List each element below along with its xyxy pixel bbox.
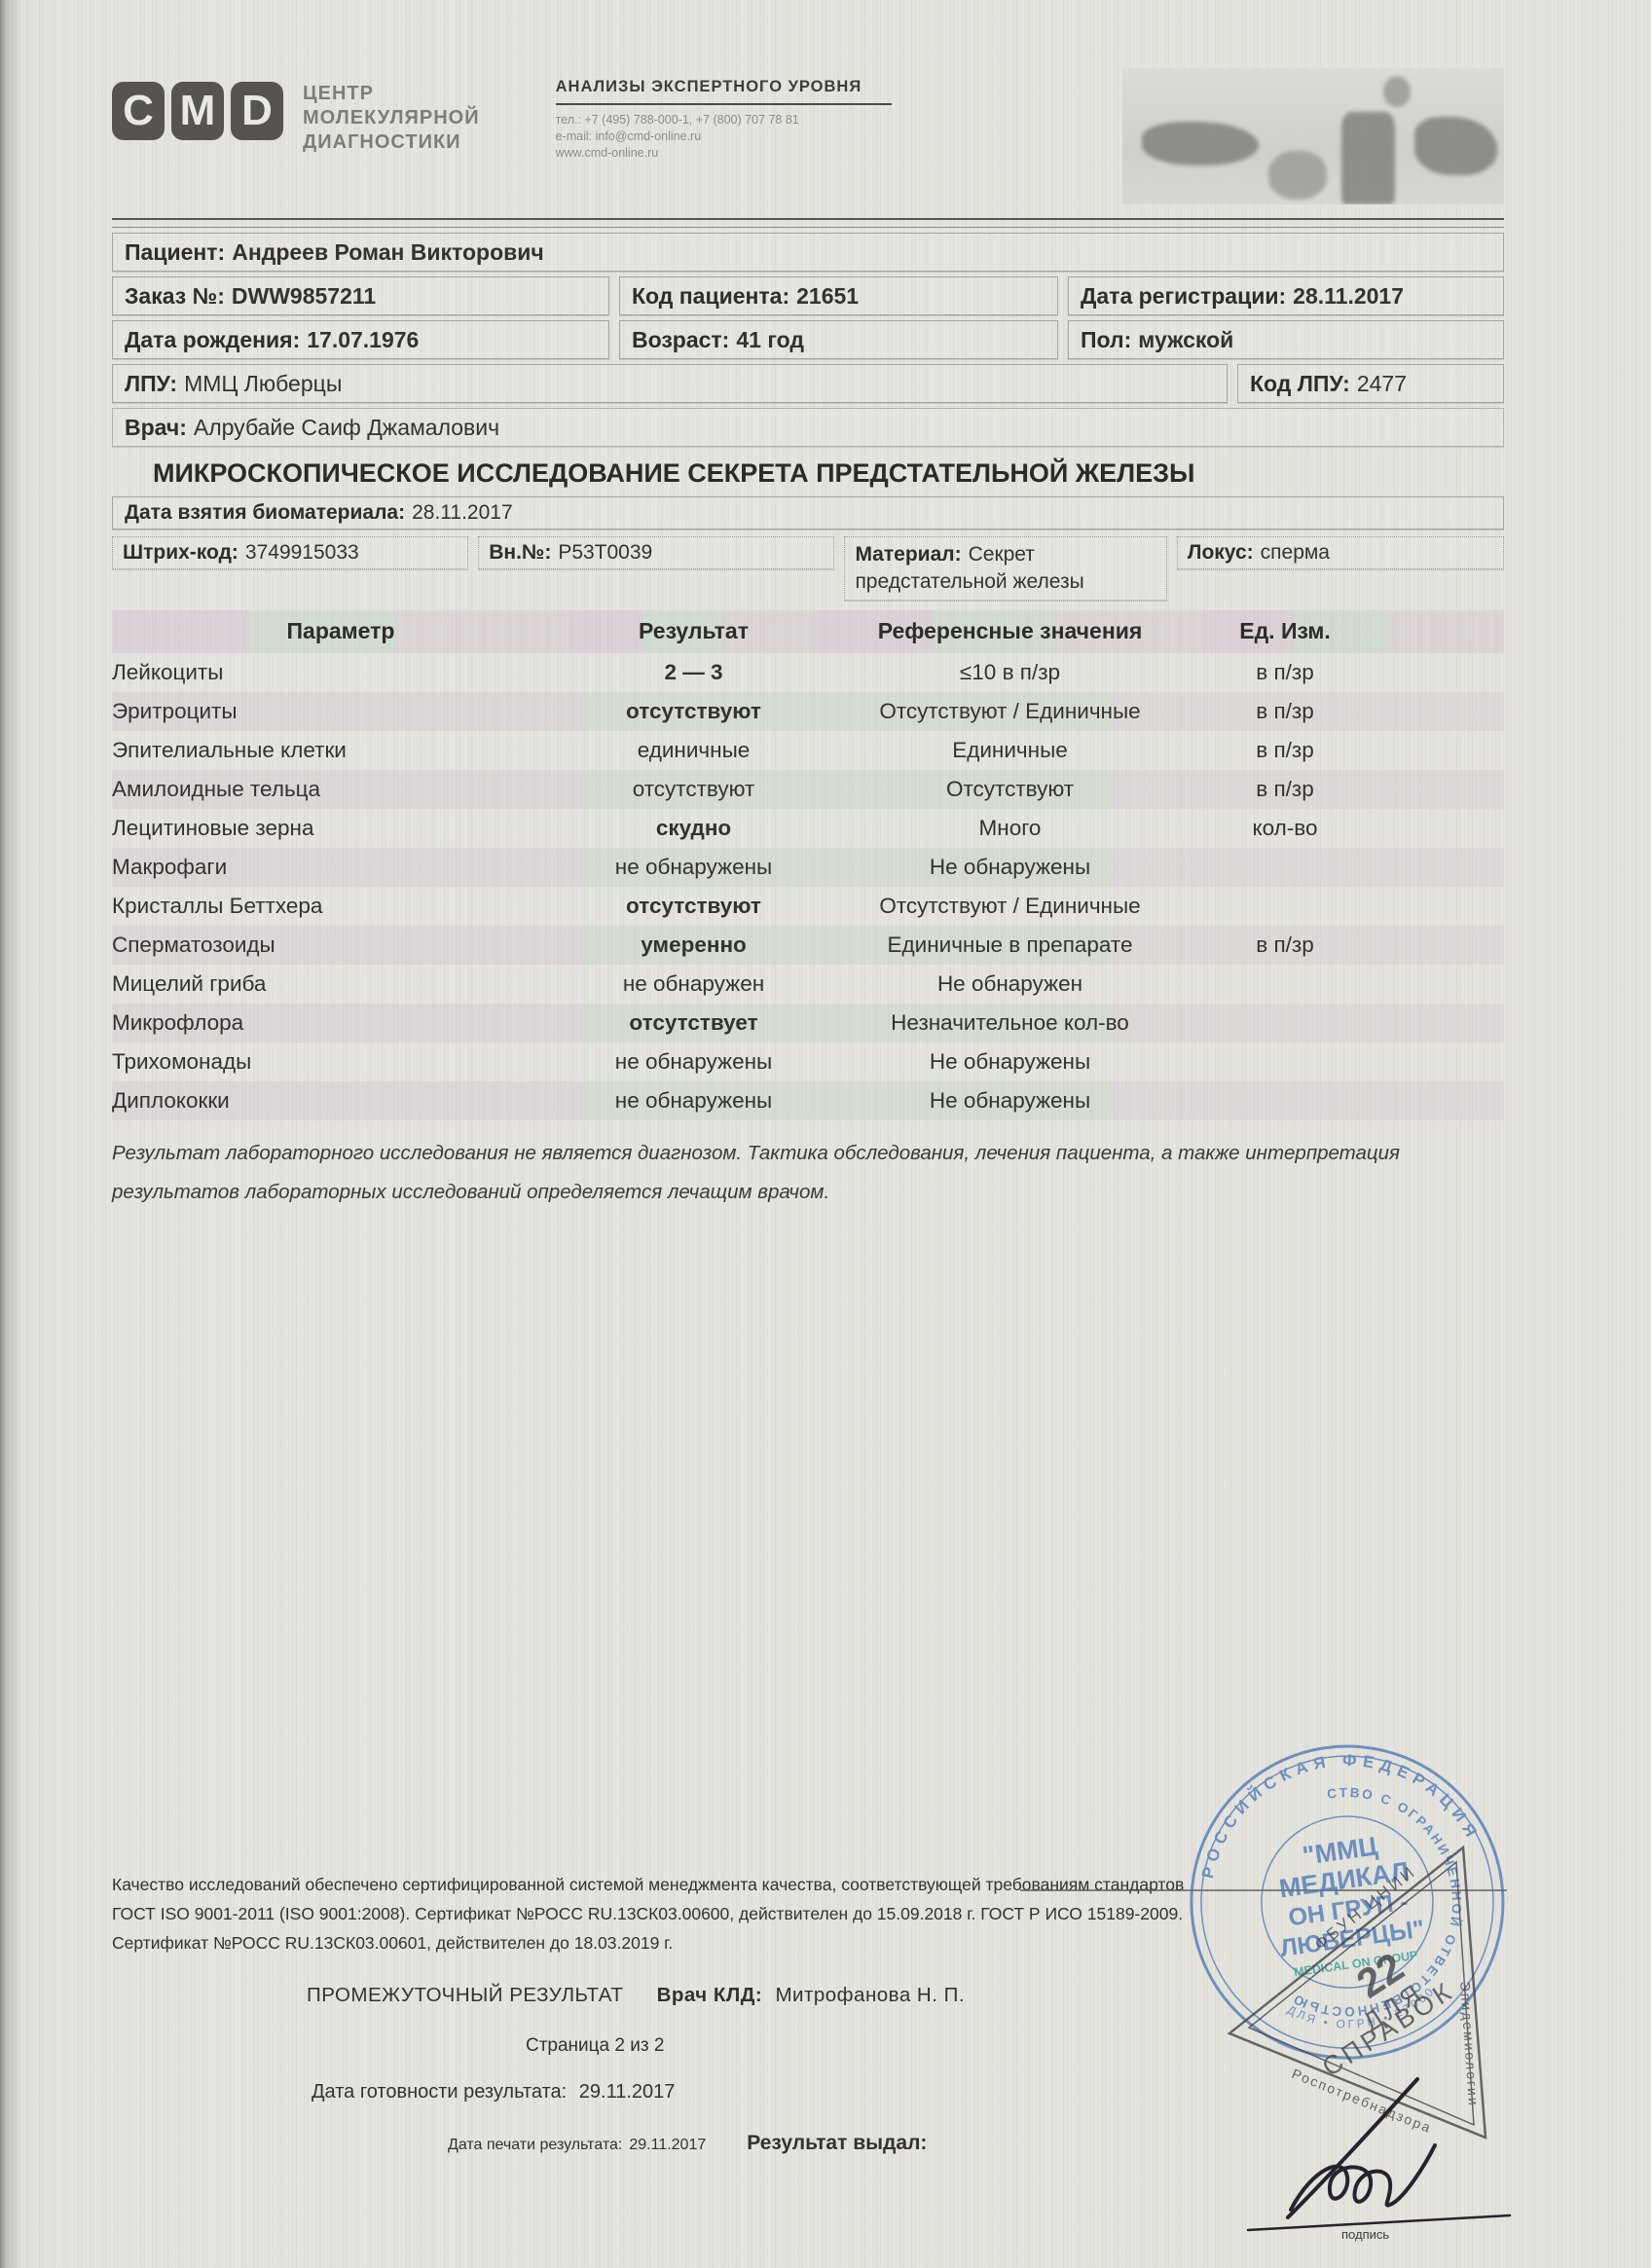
header-result: Результат <box>569 610 818 653</box>
results-header-row: Параметр Результат Референсные значения … <box>112 610 1504 653</box>
material-label: Материал: <box>855 543 961 566</box>
brand-line: ЦЕНТР <box>303 82 480 106</box>
phone: тел.: +7 (495) 788-000-1, +7 (800) 707 7… <box>556 112 892 128</box>
barcode-value: 3749915033 <box>245 541 359 564</box>
kld-doctor-name: Митрофанова Н. П. <box>775 1984 965 2006</box>
table-row: Трихомонадыне обнаруженыНе обнаружены <box>112 1043 1504 1081</box>
result-cell: 2 — 3 <box>569 653 818 692</box>
sex-box: Пол:мужской <box>1068 320 1504 359</box>
reg-date-value: 28.11.2017 <box>1293 283 1404 309</box>
param-cell: Микрофлора <box>112 1004 569 1043</box>
table-row: Амилоидные тельцаотсутствуютОтсутствуютв… <box>112 770 1504 809</box>
lpu-code-box: Код ЛПУ:2477 <box>1237 364 1504 403</box>
inner-no-value: P53T0039 <box>558 541 652 564</box>
locus-label: Локус: <box>1188 541 1254 564</box>
result-cell: единичные <box>569 731 818 770</box>
order-label: Заказ №: <box>125 283 225 309</box>
disclaimer-text: Результат лабораторного исследования не … <box>112 1134 1407 1212</box>
signature <box>1234 2071 1526 2251</box>
bio-date-label: Дата взятия биоматериала: <box>125 501 405 524</box>
unit-cell <box>1202 848 1504 887</box>
age-box: Возраст:41 год <box>619 320 1058 359</box>
bio-date-box: Дата взятия биоматериала:28.11.2017 <box>112 496 1504 530</box>
reg-date-box: Дата регистрации:28.11.2017 <box>1068 276 1504 315</box>
report-header: C M D ЦЕНТР МОЛЕКУЛЯРНОЙ ДИАГНОСТИКИ АНА… <box>112 0 1504 212</box>
header-ref: Референсные значения <box>818 610 1202 653</box>
signature-stroke <box>1288 2079 1417 2217</box>
param-cell: Лецитиновые зерна <box>112 809 569 848</box>
patient-row-order: Заказ №:DWW9857211 Код пациента:21651 Да… <box>112 276 1504 315</box>
lpu-code-label: Код ЛПУ: <box>1250 371 1350 396</box>
interim-result-label: ПРОМЕЖУТОЧНЫЙ РЕЗУЛЬТАТ <box>307 1984 623 2006</box>
unit-cell: в п/зр <box>1202 731 1504 770</box>
param-cell: Кристаллы Беттхера <box>112 887 569 926</box>
ready-date-value: 29.11.2017 <box>579 2081 676 2103</box>
specimen-row: Штрих-код:3749915033 Вн.№:P53T0039 Матер… <box>112 536 1504 601</box>
param-cell: Диплококки <box>112 1081 569 1120</box>
table-row: Лецитиновые зернаскудноМногокол-во <box>112 809 1504 848</box>
scanned-lab-report-page: { "header": { "logo_letters": ["C", "M",… <box>0 0 1651 2268</box>
order-box: Заказ №:DWW9857211 <box>112 276 609 315</box>
patient-row-birth: Дата рождения:17.07.1976 Возраст:41 год … <box>112 320 1504 359</box>
reference-cell: Отсутствуют / Единичные <box>818 887 1202 926</box>
reference-cell: Единичные в препарате <box>818 926 1202 965</box>
reference-cell: Незначительное кол-во <box>818 1004 1202 1043</box>
header-unit: Ед. Изм. <box>1202 610 1504 653</box>
birth-label: Дата рождения: <box>125 327 300 352</box>
header-divider <box>112 218 1504 228</box>
lpu-box: ЛПУ:ММЦ Люберцы <box>112 364 1228 403</box>
result-cell: скудно <box>569 809 818 848</box>
reference-cell: Отсутствуют / Единичные <box>818 692 1202 731</box>
locus-box: Локус:сперма <box>1177 536 1504 569</box>
reference-cell: Отсутствуют <box>818 770 1202 809</box>
barcode-box: Штрих-код:3749915033 <box>112 536 468 569</box>
table-row: Лейкоциты2 — 3≤10 в п/зрв п/зр <box>112 653 1504 692</box>
patient-row-lpu: ЛПУ:ММЦ Люберцы Код ЛПУ:2477 <box>112 364 1504 403</box>
table-row: Мицелий грибане обнаруженНе обнаружен <box>112 965 1504 1004</box>
param-cell: Лейкоциты <box>112 653 569 692</box>
slogan: АНАЛИЗЫ ЭКСПЕРТНОГО УРОВНЯ <box>556 78 892 105</box>
logo-letter-d: D <box>231 82 283 140</box>
result-cell: умеренно <box>569 926 818 965</box>
result-issued-label: Результат выдал: <box>747 2132 927 2155</box>
barcode-label: Штрих-код: <box>123 541 238 564</box>
patient-name-box: Пациент:Андреев Роман Викторович <box>112 233 1504 272</box>
patient-code-label: Код пациента: <box>632 283 789 309</box>
doctor-value: Алрубайе Саиф Джамалович <box>194 415 499 440</box>
lpu-value: ММЦ Люберцы <box>184 371 342 396</box>
unit-cell: в п/зр <box>1202 653 1504 692</box>
unit-cell: в п/зр <box>1202 926 1504 965</box>
signature-caption: подпись <box>1341 2227 1389 2242</box>
slogan-block: АНАЛИЗЫ ЭКСПЕРТНОГО УРОВНЯ тел.: +7 (495… <box>556 78 892 162</box>
header-param: Параметр <box>112 610 569 653</box>
doctor-label: Врач: <box>125 415 187 440</box>
order-value: DWW9857211 <box>232 283 376 309</box>
reference-cell: Не обнаружены <box>818 848 1202 887</box>
ready-date-label: Дата готовности результата: <box>312 2081 567 2103</box>
table-row: Диплококкине обнаруженыНе обнаружены <box>112 1081 1504 1120</box>
unit-cell: кол-во <box>1202 809 1504 848</box>
result-cell: не обнаружен <box>569 965 818 1004</box>
table-row: Эпителиальные клеткиединичныеЕдиничныев … <box>112 731 1504 770</box>
results-table: Параметр Результат Референсные значения … <box>112 610 1504 1120</box>
reference-cell: Единичные <box>818 731 1202 770</box>
param-cell: Трихомонады <box>112 1043 569 1081</box>
unit-cell <box>1202 1004 1504 1043</box>
birth-value: 17.07.1976 <box>307 327 419 352</box>
inner-no-label: Вн.№: <box>489 541 551 564</box>
unit-cell <box>1202 1081 1504 1120</box>
email: e-mail: info@cmd-online.ru <box>556 128 892 145</box>
logo-letter-c: C <box>112 82 165 140</box>
lpu-code-value: 2477 <box>1357 371 1407 396</box>
param-cell: Эпителиальные клетки <box>112 731 569 770</box>
table-row: СперматозоидыумеренноЕдиничные в препара… <box>112 926 1504 965</box>
brand-name: ЦЕНТР МОЛЕКУЛЯРНОЙ ДИАГНОСТИКИ <box>303 82 480 155</box>
report-title: МИКРОСКОПИЧЕСКОЕ ИССЛЕДОВАНИЕ СЕКРЕТА ПР… <box>153 458 1504 489</box>
param-cell: Эритроциты <box>112 692 569 731</box>
kld-doctor-label: Врач КЛД: <box>657 1984 763 2006</box>
header-photo <box>1122 68 1504 204</box>
unit-cell: в п/зр <box>1202 692 1504 731</box>
age-value: 41 год <box>736 327 804 352</box>
doctor-box: Врач:Алрубайе Саиф Джамалович <box>112 408 1504 447</box>
patient-value: Андреев Роман Викторович <box>232 239 544 265</box>
sex-label: Пол: <box>1081 327 1131 352</box>
unit-cell: в п/зр <box>1202 770 1504 809</box>
reference-cell: ≤10 в п/зр <box>818 653 1202 692</box>
patient-code-value: 21651 <box>796 283 859 309</box>
reference-cell: Не обнаружен <box>818 965 1202 1004</box>
result-cell: не обнаружены <box>569 848 818 887</box>
inner-no-box: Вн.№:P53T0039 <box>478 536 834 569</box>
unit-cell <box>1202 1043 1504 1081</box>
result-cell: отсутствуют <box>569 887 818 926</box>
result-cell: не обнаружены <box>569 1043 818 1081</box>
results-table-body: Лейкоциты2 — 3≤10 в п/зрв п/зрЭритроциты… <box>112 653 1504 1120</box>
patient-row-doctor: Врач:Алрубайе Саиф Джамалович <box>112 408 1504 447</box>
reference-cell: Много <box>818 809 1202 848</box>
table-row: МикрофлораотсутствуетНезначительное кол-… <box>112 1004 1504 1043</box>
brand-line: ДИАГНОСТИКИ <box>303 130 480 155</box>
patient-row-name: Пациент:Андреев Роман Викторович <box>112 233 1504 272</box>
reference-cell: Не обнаружены <box>818 1043 1202 1081</box>
result-cell: не обнаружены <box>569 1081 818 1120</box>
brand-line: МОЛЕКУЛЯРНОЙ <box>303 106 480 130</box>
print-date-value: 29.11.2017 <box>629 2137 706 2154</box>
reg-date-label: Дата регистрации: <box>1081 283 1286 309</box>
material-box: Материал:Секрет предстательной железы <box>844 536 1166 601</box>
logo-letter-m: M <box>171 82 224 140</box>
table-row: Кристаллы БеттхераотсутствуютОтсутствуют… <box>112 887 1504 926</box>
result-cell: отсутствует <box>569 1004 818 1043</box>
print-date-label: Дата печати результата: <box>448 2137 622 2154</box>
triangle-edge-top-text: ФБУН ЦНИИ <box>1311 1862 1420 1954</box>
lpu-label: ЛПУ: <box>125 371 177 396</box>
param-cell: Макрофаги <box>112 848 569 887</box>
signature-stroke <box>1291 2145 1435 2210</box>
result-cell: отсутствуют <box>569 770 818 809</box>
age-label: Возраст: <box>632 327 729 352</box>
bio-date-value: 28.11.2017 <box>412 501 513 524</box>
birth-box: Дата рождения:17.07.1976 <box>112 320 609 359</box>
param-cell: Амилоидные тельца <box>112 770 569 809</box>
param-cell: Сперматозоиды <box>112 926 569 965</box>
unit-cell <box>1202 887 1504 926</box>
param-cell: Мицелий гриба <box>112 965 569 1004</box>
table-row: Макрофагине обнаруженыНе обнаружены <box>112 848 1504 887</box>
patient-code-box: Код пациента:21651 <box>619 276 1058 315</box>
website: www.cmd-online.ru <box>556 145 892 162</box>
reference-cell: Не обнаружены <box>818 1081 1202 1120</box>
cmd-logo: C M D <box>112 82 283 140</box>
bio-date-row: Дата взятия биоматериала:28.11.2017 <box>112 496 1504 530</box>
table-row: ЭритроцитыотсутствуютОтсутствуют / Едини… <box>112 692 1504 731</box>
unit-cell <box>1202 965 1504 1004</box>
sex-value: мужской <box>1138 327 1233 352</box>
result-cell: отсутствуют <box>569 692 818 731</box>
locus-value: сперма <box>1261 541 1330 564</box>
patient-label: Пациент: <box>125 239 225 265</box>
contacts: тел.: +7 (495) 788-000-1, +7 (800) 707 7… <box>556 112 892 162</box>
